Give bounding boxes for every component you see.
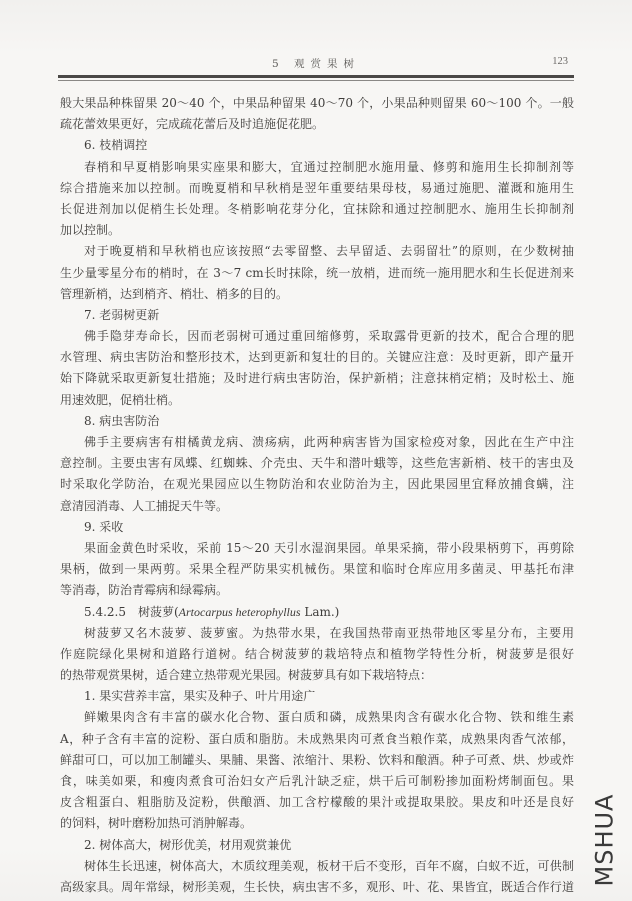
text-line: 时采取化学防治，在观光果园应以生物防治和农业防治为主，因此果园里宜释放捕食螨，注 [60,474,574,495]
subsection-number-and-name: 5.4.2.5 树菠萝( [84,605,179,619]
text-line: 果面金黄色时采收，采前 15～20 天引水湿润果园。单果采摘，带小段果柄剪下，再… [60,538,574,559]
text-line: 鲜甜可口，可以加工制罐头、果脯、果酱、浓缩汁、果粉、饮料和酿酒。种子可煮、烘、炒… [60,750,574,771]
text-line: 等消毒，防治青霉病和绿霉病。 [60,580,574,601]
scientific-name: Artocarpus heterophyllus [179,605,301,619]
text-line: 用速效肥，促梢壮梢。 [60,390,574,411]
watermark-text: MSHUA [590,794,618,887]
text-line: 树体生长迅速，树体高大，木质纹理美观，板材干后不变形，百年不腐，白蚁不近，可供制 [60,856,574,877]
text-line: 春梢和早夏梢影响果实座果和膨大，宜通过控制肥水施用量、修剪和施用生长抑制剂等 [60,157,574,178]
text-line: 鲜嫩果肉含有丰富的碳水化合物、蛋白质和磷，成熟果肉含有碳水化合物、铁和维生素 [60,707,574,728]
text-line: 皮含粗蛋白、粗脂肪及淀粉，供酿酒、加工含柠檬酸的果汁或提取果胶。果皮和叶还是良好 [60,792,574,813]
author-abbreviation: Lam.) [301,605,340,619]
text-line: 作庭院绿化果树和道路行道树。结合树菠萝的栽培特点和植物学特性分析，树菠萝是很好 [60,644,574,665]
text-line: 的热带观赏果树，适合建立热带观光果园。树菠萝具有如下栽培特点： [60,665,574,686]
book-page: 5 观赏果树 123 般大果品种株留果 20～40 个，中果品种留果 40～70… [0,0,632,901]
text-line: 意清园消毒、人工捕捉天牛等。 [60,496,574,517]
text-line: 食，味美如栗，和瘦肉煮食可治妇女产后乳汁缺乏症，烘干后可制粉掺加面粉烤制面包。果 [60,771,574,792]
text-line: 意控制。主要虫害有凤蝶、红蜘蛛、介壳虫、天牛和潜叶蛾等，这些危害新梢、枝干的害虫… [60,453,574,474]
section-heading: 8. 病虫害防治 [60,411,574,432]
text-line: 树菠萝又名木菠萝、菠萝蜜。为热带水果，在我国热带南亚热带地区零星分布，主要用 [60,623,574,644]
text-line: 般大果品种株留果 20～40 个，中果品种留果 40～70 个，小果品种则留果 … [60,93,574,114]
section-heading: 1. 果实营养丰富，果实及种子、叶片用途广 [60,686,574,707]
text-line: 综合措施来加以控制。而晚夏梢和早秋梢是翌年重要结果母枝，易通过施肥、灌溉和施用生 [60,178,574,199]
text-line: 加以控制。 [60,220,574,241]
section-heading: 7. 老弱树更新 [60,305,574,326]
page-number: 123 [552,56,568,67]
text-line: A，种子含有丰富的淀粉、蛋白质和脂肪。未成熟果肉可煮食当粮作菜，成熟果肉香气浓郁… [60,729,574,750]
text-line: 佛手隐芽寿命长，因而老弱树可通过重回缩修剪，采取露骨更新的技术，配合合理的肥 [60,326,574,347]
text-line: 长促进剂加以促梢生长处理。冬梢影响花芽分化，宜抹除和通过控制肥水、施用生长抑制剂 [60,199,574,220]
text-line: 生少量零星分布的梢时，在 3～7 cm长时抹除，统一放梢，进而统一施用肥水和生长… [60,263,574,284]
text-line: 水管理、病虫害防治和整形技术，达到更新和复壮的目的。关键应注意：及时更新，即产量… [60,347,574,368]
watermark: MSHUA [584,790,624,890]
text-line: 佛手主要病害有柑橘黄龙病、溃疡病，此两种病害皆为国家检疫对象，因此在生产中注 [60,432,574,453]
section-heading: 6. 枝梢调控 [60,135,574,156]
header-rule-thick [58,75,574,78]
section-heading: 2. 树体高大，树形优美，材用观赏兼优 [60,835,574,856]
body-text: 般大果品种株留果 20～40 个，中果品种留果 40～70 个，小果品种则留果 … [60,93,574,898]
header-rule-thin [58,80,574,81]
subsection-title: 5.4.2.5 树菠萝(Artocarpus heterophyllus Lam… [60,602,574,623]
text-line: 果柄，做到一果两剪。采果全程严防果实机械伤。果筐和临时仓库应用多菌灵、甲基托布津 [60,559,574,580]
text-line: 管理新梢，达到梢齐、梢壮、梢多的目的。 [60,284,574,305]
text-line: 的饲料，树叶磨粉加热可消肿解毒。 [60,813,574,834]
running-header: 5 观赏果树 123 [58,56,574,74]
text-line: 疏花蕾效果更好，完成疏花蕾后及时追施促花肥。 [60,114,574,135]
section-heading: 9. 采收 [60,517,574,538]
text-line: 对于晚夏梢和早秋梢也应该按照“去零留整、去早留适、去弱留壮”的原则，在少数树抽 [60,241,574,262]
chapter-title: 5 观赏果树 [58,56,574,71]
text-line: 高级家具。周年常绿，树形美观，生长快，病虫害不多，观形、叶、花、果皆宜，既适合作… [60,877,574,898]
text-line: 始下降就采取更新复壮措施；及时进行病虫害防治，保护新梢；注意抹梢定梢；及时松土、… [60,368,574,389]
